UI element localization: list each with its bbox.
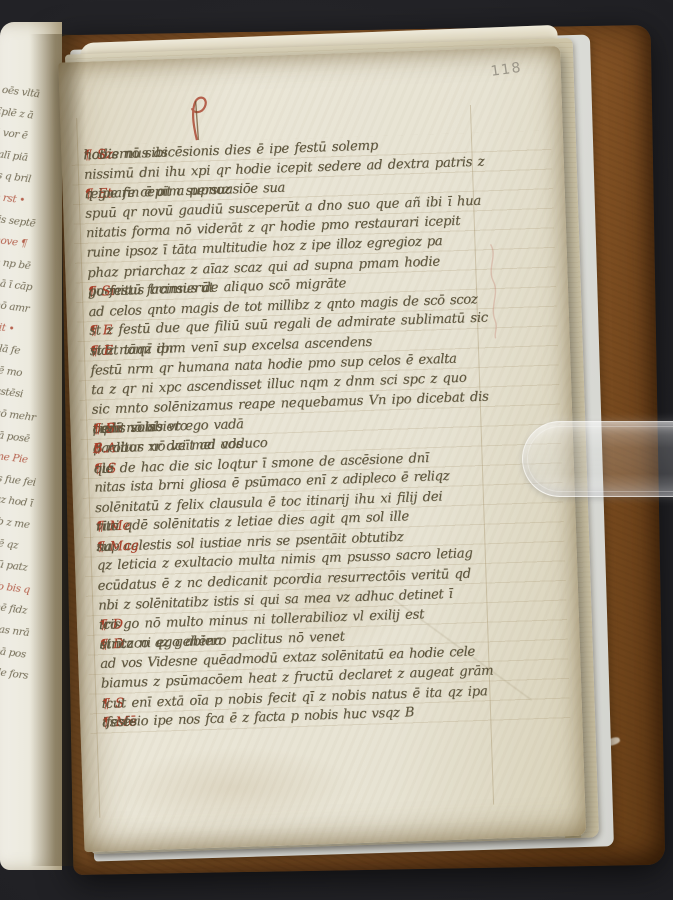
left-page-text-fragment: me Pie [0,450,47,468]
left-page-text-fragment: gstēsi [0,385,47,403]
folio-number: 118 [490,60,523,80]
left-page-text-fragment: tē qz [0,536,47,554]
facing-page-strip: s oēs vltāEplē z āā vor ētalī piāis q br… [0,22,62,870]
manuscript-page: 118 nobis nō sibi ¶ Sz hodiernus ascēsio… [58,46,586,852]
left-page-text-fragment: is fue fei [0,472,47,490]
rubricated-text: B. [93,439,107,459]
left-page-text-fragment: e np bē [0,256,47,274]
left-page-text-fragment: uō mehr [0,407,47,425]
left-page-text-fragment: ā vor ē [0,126,47,144]
left-page-text-fragment: eā pos [0,644,47,662]
left-page-text-fragment: nē fidz [0,601,47,619]
left-page-text-fragment: aā ī cāp [0,277,47,295]
left-page-text-fragment: lū patz [0,558,47,576]
left-page-text-fragment: talī piā [0,148,47,166]
left-page-text-fragment: fo bis q [0,580,47,598]
left-page-text-fragment: slā fe [0,342,47,360]
left-page-text: s oēs vltāEplē z āā vor ētalī piāis q br… [0,22,62,870]
left-page-text-fragment: tē mo [0,364,47,382]
left-page-text-fragment: tā posē [0,428,47,446]
left-page-text-fragment: nō amr [0,299,47,317]
ink-text: na [96,537,112,557]
left-page-text-fragment: e rst • [0,191,47,209]
left-page-text-fragment: qz hod ī [0,493,47,511]
transparent-page-holder-clip [522,421,673,497]
left-page-text-fragment: de fors [0,666,47,684]
left-page-text-fragment: rit • [0,320,47,338]
left-page-text-fragment: ras nrā [0,623,47,641]
red-flourish-icon [181,92,213,147]
left-page-text-fragment: tis septē [0,212,47,230]
left-page-text-fragment: nove ¶ [0,234,47,252]
text-block: nobis nō sibi ¶ Sz hodiernus ascēsionis … [83,133,498,734]
parchment-stain [111,743,354,831]
ink-text: ifeste [102,713,137,734]
left-page-text-fragment: ib z me [0,515,47,533]
left-page-text-fragment: is q bril [0,169,47,187]
ink-text: ole [93,459,113,479]
photograph-of-manuscript: s oēs vltāEplē z āā vor ētalī piāis q br… [0,0,673,900]
left-page-text-fragment: s oēs vltā [0,83,47,101]
left-page-text-fragment: Eplē z ā [0,104,47,122]
